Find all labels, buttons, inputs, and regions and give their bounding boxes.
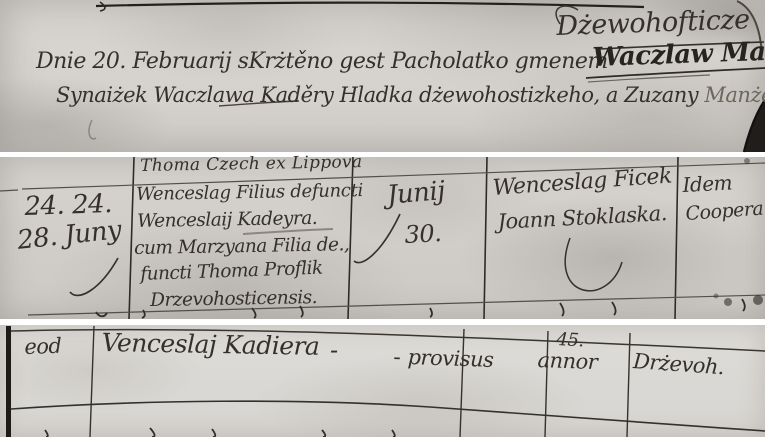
baptism-entry-line1: Dnie 20. Februarij sKrżtěno gest Pachola… — [36, 50, 608, 73]
death-place-abbrev: Drżevoh. — [632, 350, 724, 378]
deceased-name: Venceslaj Kadiera — [102, 330, 320, 360]
child-name: Waczlaw Matěy — [592, 37, 765, 72]
wedding-day: 30. — [404, 221, 442, 248]
baptism-entry-line2: Synaiżek Waczlawa Kaděry Hladka dżewohos… — [56, 84, 765, 106]
groom-entry-line3: cum Marzyana Filia de., — [134, 235, 349, 258]
mother-title: Manżelky — [704, 83, 765, 107]
officiant-line1: Idem — [682, 172, 733, 196]
death-date-abbrev: eod — [24, 335, 62, 358]
line2-start: Synaiżek Waczlawa — [56, 83, 260, 107]
groom-surname: Kadeyra. — [237, 208, 317, 230]
wedding-month: Junij — [386, 178, 446, 210]
groom-entry-line2: Wenceslaij Kadeyra. — [137, 209, 317, 232]
witness-name-2: Joann Stoklaska. — [497, 202, 667, 233]
sacrament-note: provisus — [407, 346, 494, 371]
line2-middle: Hladka dżewohostizkeho, a Zuzany — [333, 83, 704, 107]
groom-firstname: Wenceslaij — [137, 209, 238, 232]
marriage-date-line2: 28. Juny — [16, 217, 123, 255]
dash-mark: - — [393, 346, 401, 369]
groom-entry-line5: Drzevohosticensis. — [150, 288, 317, 310]
age-unit: annor — [537, 349, 597, 373]
groom-entry-line4: functi Thoma Proflik — [140, 259, 323, 285]
groom-entry-line1: Wenceslag Filius defuncti — [136, 182, 363, 205]
officiant-line2: Coopera — [685, 200, 764, 225]
register-scan-montage: Dżewohofticze Dnie 20. Februarij sKrżtěn… — [0, 0, 765, 437]
handwriting-layer: Dżewohofticze Dnie 20. Februarij sKrżtěn… — [0, 0, 765, 437]
previous-row-fragment: Thoma Czech ex Lippova — [140, 154, 362, 176]
father-surname: Kaděry — [260, 83, 333, 107]
place-name: Dżewohofticze — [556, 6, 750, 41]
witness-name-1: Wenceslag Ficek — [492, 164, 673, 200]
dash-mark: - — [330, 338, 338, 363]
